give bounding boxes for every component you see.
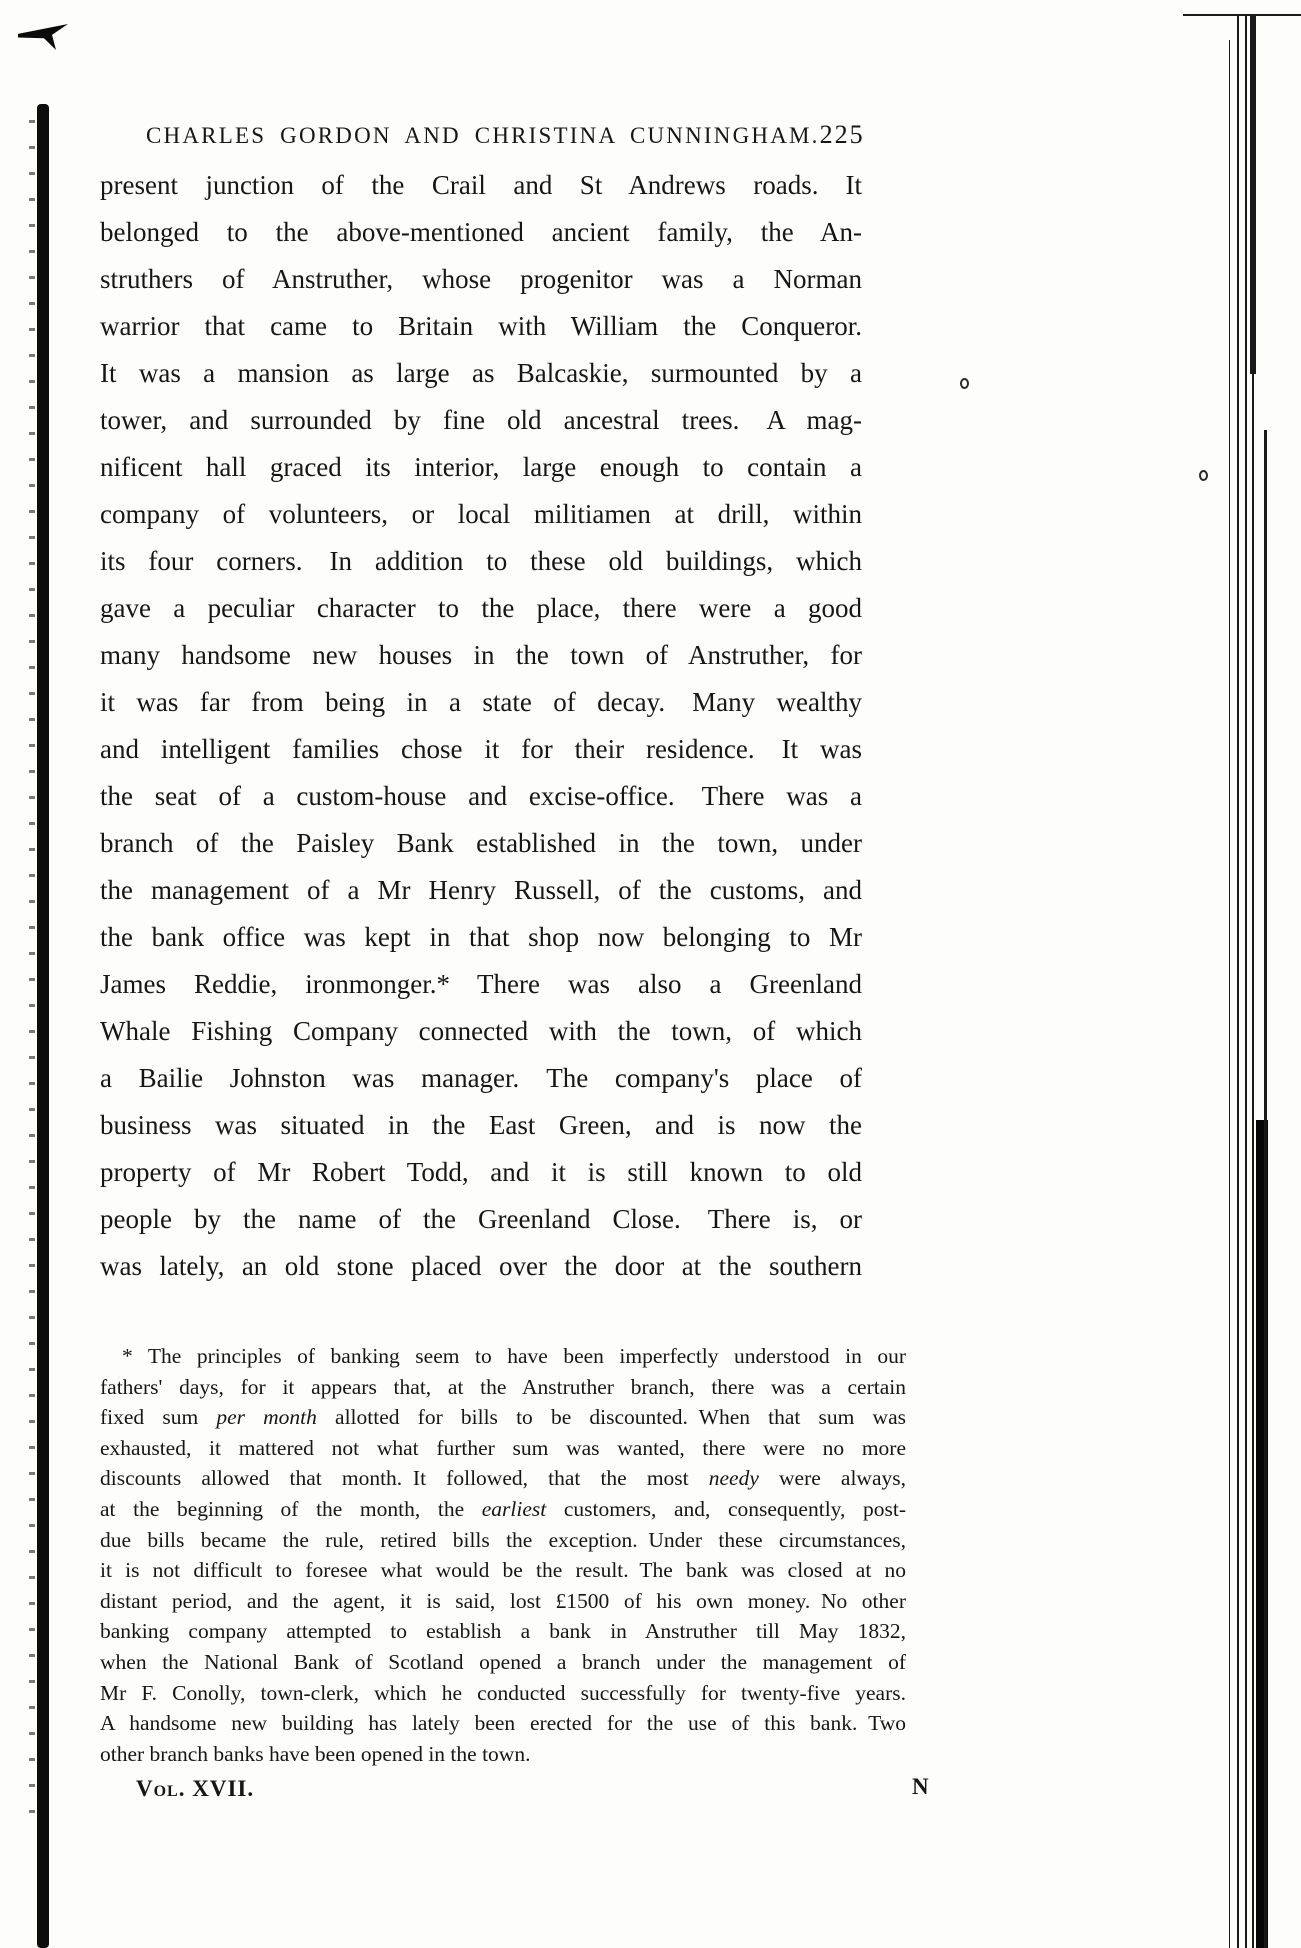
footnote-line: discounts allowed that month. It followe… [100, 1463, 906, 1494]
footnote-text: exhausted, it mattered not what further … [100, 1436, 906, 1460]
footnote-italic-text: per month [216, 1405, 317, 1429]
footnote-line: due bills became the rule, retired bills… [100, 1525, 906, 1556]
footnote-text: due bills became the rule, retired bills… [100, 1528, 906, 1552]
footnote-text: banking company attempted to establish a… [100, 1619, 906, 1643]
page-edge-line [1250, 14, 1256, 374]
body-line: many handsome new houses in the town of … [100, 632, 862, 679]
body-line: present junction of the Crail and St And… [100, 162, 862, 209]
body-line: the bank office was kept in that shop no… [100, 914, 862, 961]
body-line: branch of the Paisley Bank established i… [100, 820, 862, 867]
footnote-line: distant period, and the agent, it is sai… [100, 1586, 906, 1617]
footnote-text: when the National Bank of Scotland opene… [100, 1650, 906, 1674]
body-line: Whale Fishing Company connected with the… [100, 1008, 862, 1055]
body-line: belonged to the above-mentioned ancient … [100, 209, 862, 256]
body-line: company of volunteers, or local militiam… [100, 491, 862, 538]
footnote-line: Mr F. Conolly, town-clerk, which he cond… [100, 1678, 906, 1709]
left-edge-ink-streak [37, 104, 49, 1948]
footnote-text: * The principles of banking seem to have… [122, 1344, 906, 1368]
body-line: the management of a Mr Henry Russell, of… [100, 867, 862, 914]
footnote-text: were always, [759, 1466, 906, 1490]
footnote-text: fixed sum [100, 1405, 216, 1429]
ink-blob-artifact [18, 24, 68, 50]
body-line: its four corners. In addition to these o… [100, 538, 862, 585]
body-paragraph: present junction of the Crail and St And… [100, 162, 862, 1290]
body-line: business was situated in the East Green,… [100, 1102, 862, 1149]
page-edge-line [1252, 374, 1254, 1948]
footnote-text: other branch banks have been opened in t… [100, 1742, 530, 1766]
footnote-line: fathers' days, for it appears that, at t… [100, 1372, 906, 1403]
page-edge-line [1229, 40, 1230, 1948]
page-number: 225 [820, 120, 865, 150]
margin-mark [960, 378, 969, 389]
page-edge-lines [1161, 0, 1301, 1948]
footnote-text: discounts allowed that month. It followe… [100, 1466, 709, 1490]
running-header: CHARLES GORDON AND CHRISTINA CUNNINGHAM.… [100, 120, 862, 150]
footnote-line: at the beginning of the month, the earli… [100, 1494, 906, 1525]
body-line: gave a peculiar character to the place, … [100, 585, 862, 632]
footnote-text: customers, and, consequently, post- [546, 1497, 906, 1521]
body-line: struthers of Anstruther, whose progenito… [100, 256, 862, 303]
footnote-text: distant period, and the agent, it is sai… [100, 1589, 906, 1613]
page-edge-line [1245, 14, 1247, 1948]
footnote-text: A handsome new building has lately been … [100, 1711, 906, 1735]
body-line: It was a mansion as large as Balcaskie, … [100, 350, 862, 397]
left-edge-ink-speckles [29, 120, 35, 1820]
scanned-book-page: CHARLES GORDON AND CHRISTINA CUNNINGHAM.… [0, 0, 1301, 1948]
footnote-italic-text: needy [709, 1466, 759, 1490]
body-line: the seat of a custom-house and excise-of… [100, 773, 862, 820]
footnote-line: fixed sum per month allotted for bills t… [100, 1402, 906, 1433]
footnote: * The principles of banking seem to have… [100, 1341, 906, 1769]
footnote-text: Mr F. Conolly, town-clerk, which he cond… [100, 1681, 906, 1705]
body-line: was lately, an old stone placed over the… [100, 1243, 862, 1290]
footnote-text: fathers' days, for it appears that, at t… [100, 1375, 906, 1399]
body-line: nificent hall graced its interior, large… [100, 444, 862, 491]
body-line: James Reddie, ironmonger.* There was als… [100, 961, 862, 1008]
footnote-italic-text: earliest [482, 1497, 547, 1521]
body-line: warrior that came to Britain with Willia… [100, 303, 862, 350]
footnote-line: when the National Bank of Scotland opene… [100, 1647, 906, 1678]
footnote-text: allotted for bills to be discounted. Whe… [317, 1405, 906, 1429]
footnote-text: at the beginning of the month, the [100, 1497, 482, 1521]
footnote-line: other branch banks have been opened in t… [100, 1739, 906, 1770]
printer-signature-mark: N [912, 1774, 929, 1800]
page-edge-line [1183, 14, 1301, 16]
footnote-line: banking company attempted to establish a… [100, 1616, 906, 1647]
body-line: tower, and surrounded by fine old ancest… [100, 397, 862, 444]
footnote-line: it is not difficult to foresee what woul… [100, 1555, 906, 1586]
volume-label: Vol. XVII. [136, 1776, 254, 1802]
page-edge-line [1264, 430, 1267, 1948]
body-line: people by the name of the Greenland Clos… [100, 1196, 862, 1243]
footnote-line: A handsome new building has lately been … [100, 1708, 906, 1739]
footnote-line: exhausted, it mattered not what further … [100, 1433, 906, 1464]
footnote-line: * The principles of banking seem to have… [100, 1341, 906, 1372]
footnote-text: it is not difficult to foresee what woul… [100, 1558, 906, 1582]
body-line: it was far from being in a state of deca… [100, 679, 862, 726]
margin-mark [1199, 470, 1208, 481]
page-edge-line [1237, 16, 1239, 1948]
running-header-title: CHARLES GORDON AND CHRISTINA CUNNINGHAM. [146, 123, 820, 149]
body-line: a Bailie Johnston was manager. The compa… [100, 1055, 862, 1102]
body-line: property of Mr Robert Todd, and it is st… [100, 1149, 862, 1196]
body-line: and intelligent families chose it for th… [100, 726, 862, 773]
